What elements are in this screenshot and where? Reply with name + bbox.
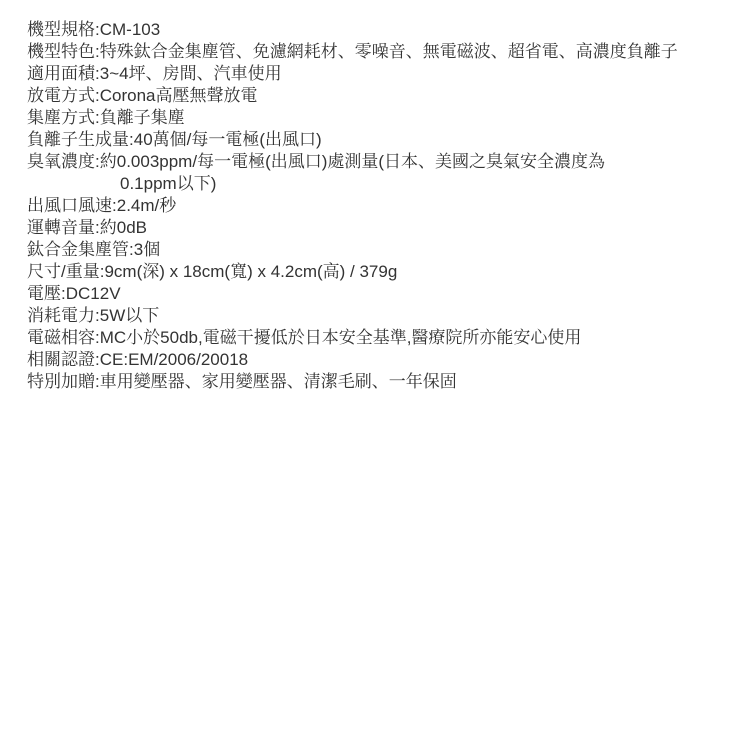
spec-row-operating-noise: 運轉音量:約0dB	[27, 217, 750, 239]
spec-value: 約0dB	[100, 218, 147, 237]
spec-row-outlet-wind-speed: 出風口風速:2.4m/秒	[27, 195, 750, 217]
spec-value: 2.4m/秒	[117, 196, 177, 215]
spec-value: 5W以下	[100, 306, 160, 325]
spec-label: 放電方式	[27, 86, 95, 105]
spec-label: 機型規格	[27, 20, 95, 39]
spec-row-power-consumption: 消耗電力:5W以下	[27, 305, 750, 327]
spec-label: 適用面積	[27, 64, 95, 83]
spec-value: 40萬個/每一電極(出風口)	[134, 130, 322, 149]
spec-label: 鈦合金集塵管	[27, 240, 129, 259]
spec-value: DC12V	[66, 284, 121, 303]
spec-value: 負離子集塵	[100, 108, 185, 127]
spec-row-certifications: 相關認證:CE:EM/2006/20018	[27, 349, 750, 371]
product-spec-list: 機型規格:CM-103 機型特色:特殊鈦合金集塵管、免濾網耗材、零噪音、無電磁波…	[0, 0, 750, 393]
spec-row-ozone-concentration: 臭氧濃度:約0.003ppm/每一電極(出風口)處測量(日本、美國之臭氣安全濃度…	[27, 151, 750, 173]
spec-label: 臭氧濃度	[27, 152, 95, 171]
spec-row-anion-output: 負離子生成量:40萬個/每一電極(出風口)	[27, 129, 750, 151]
spec-label: 特別加贈	[27, 372, 95, 391]
spec-row-bonus-items: 特別加贈:車用變壓器、家用變壓器、清潔毛刷、一年保固	[27, 371, 750, 393]
spec-value: 特殊鈦合金集塵管、免濾網耗材、零噪音、無電磁波、超省電、高濃度負離子	[100, 42, 678, 61]
spec-value: 9cm(深) x 18cm(寬) x 4.2cm(高) / 379g	[104, 262, 397, 281]
spec-value: 3~4坪、房間、汽車使用	[100, 64, 282, 83]
spec-value: 約0.003ppm/每一電極(出風口)處測量(日本、美國之臭氣安全濃度為	[100, 152, 605, 171]
spec-label: 電壓	[27, 284, 61, 303]
spec-label: 尺寸/重量	[27, 262, 100, 281]
spec-row-emc: 電磁相容:MC小於50db,電磁干擾低於日本安全基準,醫療院所亦能安心使用	[27, 327, 750, 349]
spec-row-ozone-concentration-continued: 0.1ppm以下)	[27, 173, 750, 195]
spec-row-voltage: 電壓:DC12V	[27, 283, 750, 305]
spec-label: 集塵方式	[27, 108, 95, 127]
spec-label: 出風口風速	[27, 196, 112, 215]
spec-label: 相關認證	[27, 350, 95, 369]
spec-label: 消耗電力	[27, 306, 95, 325]
spec-value: 3個	[134, 240, 160, 259]
spec-label: 電磁相容	[27, 328, 95, 347]
spec-value: CE:EM/2006/20018	[100, 350, 248, 369]
spec-row-discharge-method: 放電方式:Corona高壓無聲放電	[27, 85, 750, 107]
spec-row-dimensions-weight: 尺寸/重量:9cm(深) x 18cm(寬) x 4.2cm(高) / 379g	[27, 261, 750, 283]
spec-value: CM-103	[100, 20, 160, 39]
spec-value-continued: 0.1ppm以下)	[120, 174, 216, 193]
spec-row-model: 機型規格:CM-103	[27, 19, 750, 41]
spec-label: 負離子生成量	[27, 130, 129, 149]
spec-value: MC小於50db,電磁干擾低於日本安全基準,醫療院所亦能安心使用	[100, 328, 582, 347]
spec-value: 車用變壓器、家用變壓器、清潔毛刷、一年保固	[100, 372, 457, 391]
spec-row-coverage-area: 適用面積:3~4坪、房間、汽車使用	[27, 63, 750, 85]
spec-label: 運轉音量	[27, 218, 95, 237]
spec-row-features: 機型特色:特殊鈦合金集塵管、免濾網耗材、零噪音、無電磁波、超省電、高濃度負離子	[27, 41, 750, 63]
spec-row-dust-collection-method: 集塵方式:負離子集塵	[27, 107, 750, 129]
spec-label: 機型特色	[27, 42, 95, 61]
spec-row-titanium-tubes: 鈦合金集塵管:3個	[27, 239, 750, 261]
spec-value: Corona高壓無聲放電	[100, 86, 258, 105]
